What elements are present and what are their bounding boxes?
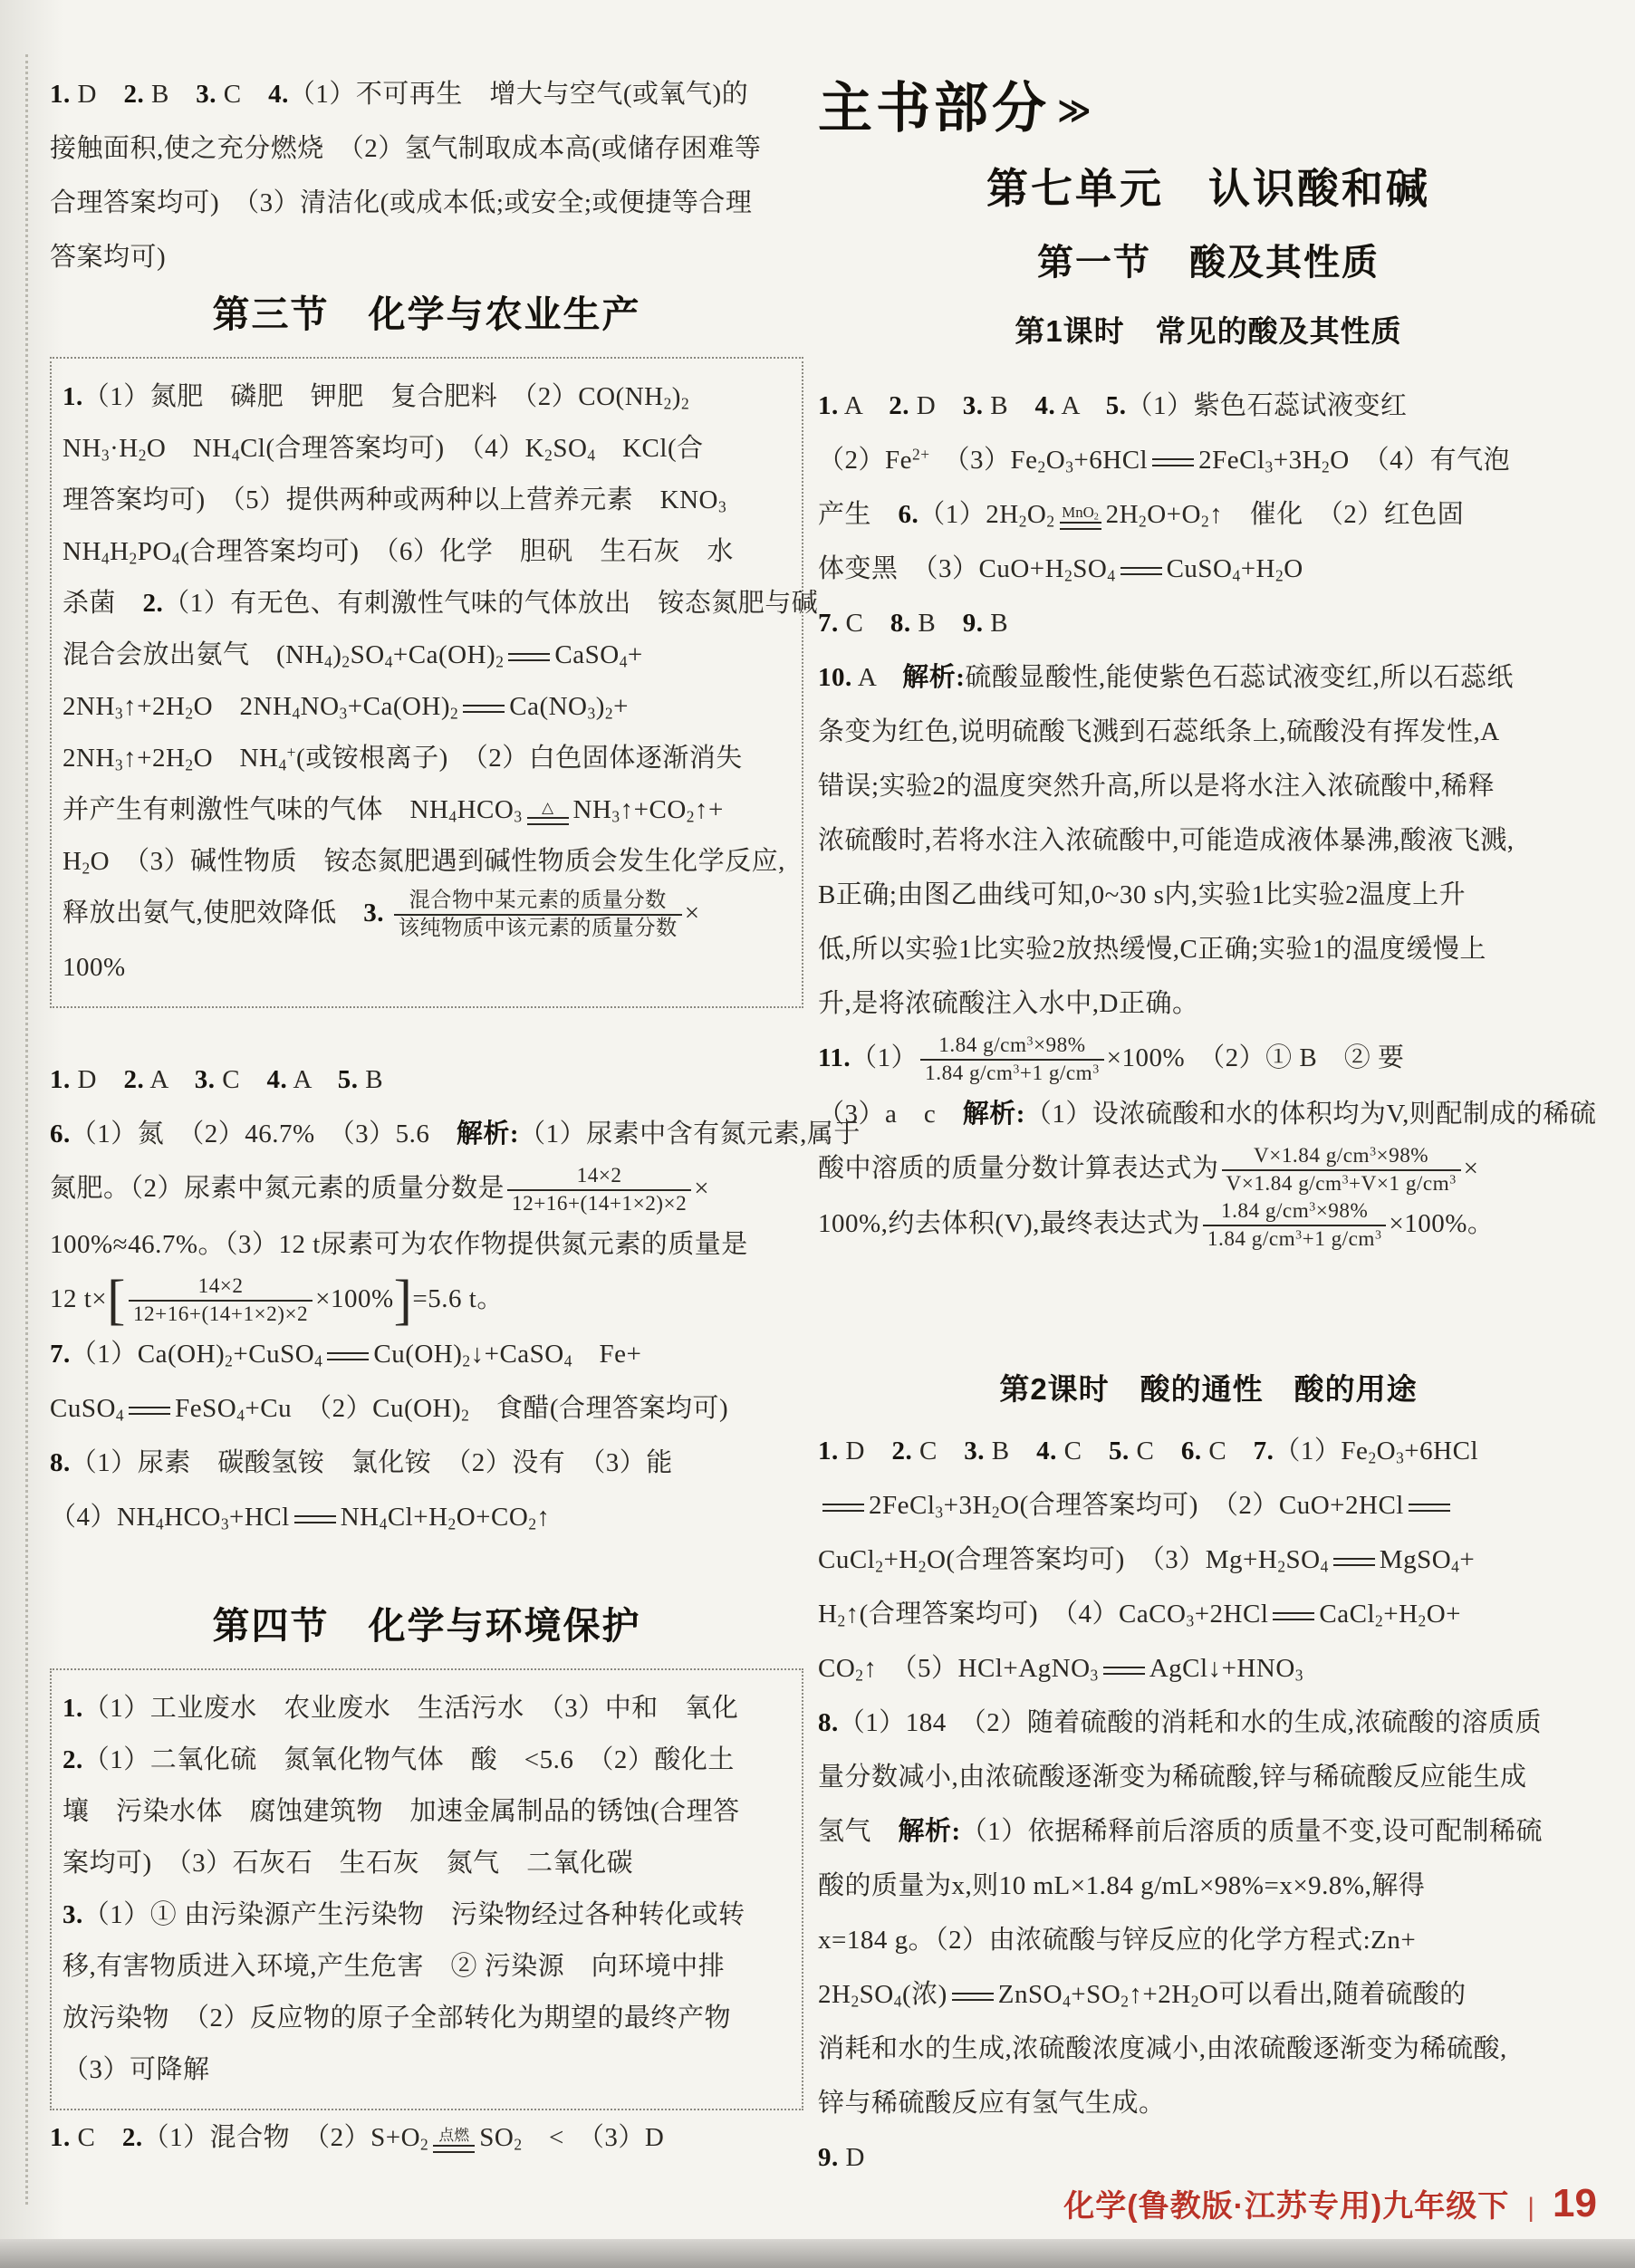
- text-line: CuCl2+H2O(合理答案均可) （3）Mg+H2SO4MgSO4+: [818, 1533, 1599, 1587]
- text-line: 产生 6.（1）2H2O2MnO22H2O+O2↑ 催化 （2）红色固: [818, 487, 1599, 542]
- text-line: 1.（1）工业废水 农业废水 生活污水 （3）中和 氧化: [63, 1683, 791, 1735]
- text-line: 移,有害物质进入环境,产生危害 ② 污染源 向环境中排: [63, 1941, 791, 1993]
- text-line: 2FeCl3+3H2O(合理答案均可) （2）CuO+2HCl: [818, 1478, 1599, 1533]
- section4-exercise-answers: 1. C 2.（1）混合物 （2）S+O2点燃SO2 < （3）D: [50, 2110, 803, 2165]
- left-margin-dotted-line: [25, 54, 28, 2205]
- text-line: 接触面积,使之充分燃烧 （2）氢气制取成本高(或储存困难等: [50, 121, 803, 176]
- main-book-part-header: 主书部分≫: [818, 65, 1084, 143]
- text-line: NH4H2PO4(合理答案均可) （6）化学 胆矾 生石灰 水: [63, 526, 791, 578]
- text-line: 错误;实验2的温度突然升高,所以是将水注入浓硫酸中,稀释: [818, 759, 1599, 813]
- text-line: 理答案均可) （5）提供两种或两种以上营养元素 KNO3: [63, 475, 791, 526]
- text-line: 条变为红色,说明硫酸飞溅到石蕊纸条上,硫酸没有挥发性,A: [818, 705, 1599, 759]
- text-line: 100%,约去体积(V),最终表达式为1.84 g/cm3×98%1.84 g/…: [818, 1196, 1599, 1253]
- text-line: 2.（1）二氧化硫 氮氧化物气体 酸 <5.6 （2）酸化土: [63, 1735, 791, 1786]
- text-line: H2O （3）碱性物质 铵态氮肥遇到碱性物质会发生化学反应,: [63, 836, 791, 888]
- text-line: 3.（1）① 由污染源产生污染物 污染物经过各种转化或转: [63, 1889, 791, 1941]
- text-line: 1. D 2. B 3. C 4.（1）不可再生 增大与空气(或氧气)的: [50, 67, 803, 121]
- right-column: 主书部分≫ 第七单元 认识酸和碱 第一节 酸及其性质 第1课时 常见的酸及其性质…: [818, 0, 1599, 2268]
- text-line: 2H2SO4(浓)ZnSO4+SO2↑+2H2O可以看出,随着硫酸的: [818, 1967, 1599, 2022]
- text-line: 并产生有刺激性气味的气体 NH4HCO3△NH3↑+CO2↑+: [63, 784, 791, 836]
- text-line: 释放出氨气,使肥效降低 3. 混合物中某元素的质量分数该纯物质中该元素的质量分数…: [63, 888, 791, 942]
- text-line: 体变黑 （3）CuO+H2SO4CuSO4+H2O: [818, 542, 1599, 596]
- section4-answer-box: 1.（1）工业废水 农业废水 生活污水 （3）中和 氧化2.（1）二氧化硫 氮氧…: [50, 1668, 803, 2110]
- text-line: 锌与稀硫酸反应有氢气生成。: [818, 2076, 1599, 2130]
- text-line: 7. C 8. B 9. B: [818, 596, 1599, 650]
- text-line: 答案均可): [50, 230, 803, 284]
- text-line: 9. D: [818, 2130, 1599, 2185]
- text-line: 8.（1）尿素 碳酸氢铵 氯化铵 （2）没有 （3）能: [50, 1436, 803, 1490]
- unit7-title: 第七单元 认识酸和碱: [818, 156, 1599, 216]
- text-line: 案均可) （3）石灰石 生石灰 氮气 二氧化碳: [63, 1838, 791, 1889]
- footer-page-number: 19: [1553, 2181, 1597, 2226]
- text-line: 1. A 2. D 3. B 4. A 5.（1）紫色石蕊试液变红: [818, 379, 1599, 433]
- text-line: 100%: [63, 942, 791, 994]
- text-line: 消耗和水的生成,浓硫酸浓度减小,由浓硫酸逐渐变为稀硫酸,: [818, 2022, 1599, 2076]
- text-line: 混合会放出氨气 (NH4)2SO4+Ca(OH)2CaSO4+: [63, 629, 791, 681]
- double-chevron-icon: ≫: [1057, 91, 1092, 129]
- text-line: 10. A 解析:硫酸显酸性,能使紫色石蕊试液变红,所以石蕊纸: [818, 650, 1599, 705]
- text-line: 壤 污染水体 腐蚀建筑物 加速金属制品的锈蚀(合理答: [63, 1786, 791, 1838]
- text-line: 1. C 2.（1）混合物 （2）S+O2点燃SO2 < （3）D: [50, 2110, 803, 2165]
- text-line: x=184 g。（2）由浓硫酸与锌反应的化学方程式:Zn+: [818, 1913, 1599, 1967]
- text-line: 量分数减小,由浓硫酸逐渐变为稀硫酸,锌与稀硫酸反应能生成: [818, 1750, 1599, 1804]
- text-line: 7.（1）Ca(OH)2+CuSO4Cu(OH)2↓+CaSO4 Fe+: [50, 1327, 803, 1381]
- text-line: CuSO4FeSO4+Cu （2）Cu(OH)2 食醋(合理答案均可): [50, 1381, 803, 1436]
- text-line: 氮肥。（2）尿素中氮元素的质量分数是14×212+16+(14+1×2)×2×: [50, 1161, 803, 1217]
- text-line: CO2↑ （5）HCl+AgNO3AgCl↓+HNO3: [818, 1641, 1599, 1696]
- lesson1-title: 第1课时 常见的酸及其性质: [818, 308, 1599, 351]
- text-line: 杀菌 2.（1）有无色、有刺激性气味的气体放出 铵态氮肥与碱: [63, 578, 791, 629]
- text-line: 升,是将浓硫酸注入水中,D正确。: [818, 976, 1599, 1031]
- intro-answers-block: 1. D 2. B 3. C 4.（1）不可再生 增大与空气(或氧气)的接触面积…: [50, 67, 803, 284]
- text-line: 酸中溶质的质量分数计算表达式为V×1.84 g/cm3×98%V×1.84 g/…: [818, 1141, 1599, 1197]
- scanned-answer-page: 1. D 2. B 3. C 4.（1）不可再生 增大与空气(或氧气)的接触面积…: [0, 0, 1635, 2268]
- part-header-text: 主书部分: [818, 78, 1050, 139]
- text-line: 12 t×[14×212+16+(14+1×2)×2×100%]=5.6 t。: [50, 1272, 803, 1328]
- section4-title: 第四节 化学与环境保护: [50, 1596, 803, 1649]
- text-line: 氢气 解析:（1）依据稀释前后溶质的质量不变,设可配制稀硫: [818, 1804, 1599, 1859]
- text-line: 2NH3↑+2H2O 2NH4NO3+Ca(OH)2Ca(NO3)2+: [63, 681, 791, 733]
- text-line: NH3·H2O NH4Cl(合理答案均可) （4）K2SO4 KCl(合: [63, 423, 791, 475]
- text-line: （2）Fe2+ （3）Fe2O3+6HCl2FeCl3+3H2O （4）有气泡: [818, 433, 1599, 487]
- text-line: 11.（1）1.84 g/cm3×98%1.84 g/cm3+1 g/cm3×1…: [818, 1031, 1599, 1087]
- text-line: B正确;由图乙曲线可知,0~30 s内,实验1比实验2温度上升: [818, 868, 1599, 922]
- text-line: 酸的质量为x,则10 mL×1.84 g/mL×98%=x×9.8%,解得: [818, 1859, 1599, 1913]
- text-line: 1. D 2. C 3. B 4. C 5. C 6. C 7.（1）Fe2O3…: [818, 1424, 1599, 1478]
- text-line: 1. D 2. A 3. C 4. A 5. B: [50, 1052, 803, 1107]
- lesson1-answers: 1. A 2. D 3. B 4. A 5.（1）紫色石蕊试液变红（2）Fe2+…: [818, 379, 1599, 1253]
- section3-answer-box: 1.（1）氮肥 磷肥 钾肥 复合肥料 （2）CO(NH2)2NH3·H2O NH…: [50, 357, 803, 1008]
- text-line: 1.（1）氮肥 磷肥 钾肥 复合肥料 （2）CO(NH2)2: [63, 371, 791, 423]
- text-line: 2NH3↑+2H2O NH4+(或铵根离子) （2）白色固体逐渐消失: [63, 733, 791, 784]
- lesson2-title: 第2课时 酸的通性 酸的用途: [818, 1366, 1599, 1408]
- text-line: （3）可降解: [63, 2044, 791, 2096]
- footer-book-title: 化学(鲁教版·江苏专用)九年级下: [1063, 2181, 1509, 2225]
- text-line: 低,所以实验1比实验2放热缓慢,C正确;实验1的温度缓慢上: [818, 922, 1599, 976]
- left-column: 1. D 2. B 3. C 4.（1）不可再生 增大与空气(或氧气)的接触面积…: [50, 0, 803, 2268]
- page-footer: 化学(鲁教版·江苏专用)九年级下 | 19: [1063, 2181, 1597, 2226]
- text-line: 浓硫酸时,若将水注入浓硫酸中,可能造成液体暴沸,酸液飞溅,: [818, 813, 1599, 868]
- lesson2-answers: 1. D 2. C 3. B 4. C 5. C 6. C 7.（1）Fe2O3…: [818, 1424, 1599, 2185]
- text-line: （3）a c 解析:（1）设浓硫酸和水的体积均为V,则配制成的稀硫: [818, 1087, 1599, 1141]
- unit7-section1-title: 第一节 酸及其性质: [818, 234, 1599, 285]
- text-line: 8.（1）184 （2）随着硫酸的消耗和水的生成,浓硫酸的溶质质: [818, 1696, 1599, 1750]
- text-line: 合理答案均可) （3）清洁化(或成本低;或安全;或便捷等合理: [50, 176, 803, 230]
- text-line: H2↑(合理答案均可) （4）CaCO3+2HClCaCl2+H2O+: [818, 1587, 1599, 1641]
- section3-title: 第三节 化学与农业生产: [50, 284, 803, 338]
- page-bottom-edge: [0, 2239, 1635, 2268]
- text-line: 100%≈46.7%。（3）12 t尿素可为农作物提供氮元素的质量是: [50, 1217, 803, 1272]
- text-line: 6.（1）氮 （2）46.7% （3）5.6 解析:（1）尿素中含有氮元素,属于: [50, 1107, 803, 1161]
- text-line: （4）NH4HCO3+HClNH4Cl+H2O+CO2↑: [50, 1490, 803, 1544]
- section3-exercise-answers: 1. D 2. A 3. C 4. A 5. B6.（1）氮 （2）46.7% …: [50, 1052, 803, 1544]
- text-line: 放污染物 （2）反应物的原子全部转化为期望的最终产物: [63, 1993, 791, 2044]
- footer-divider: |: [1527, 2193, 1534, 2224]
